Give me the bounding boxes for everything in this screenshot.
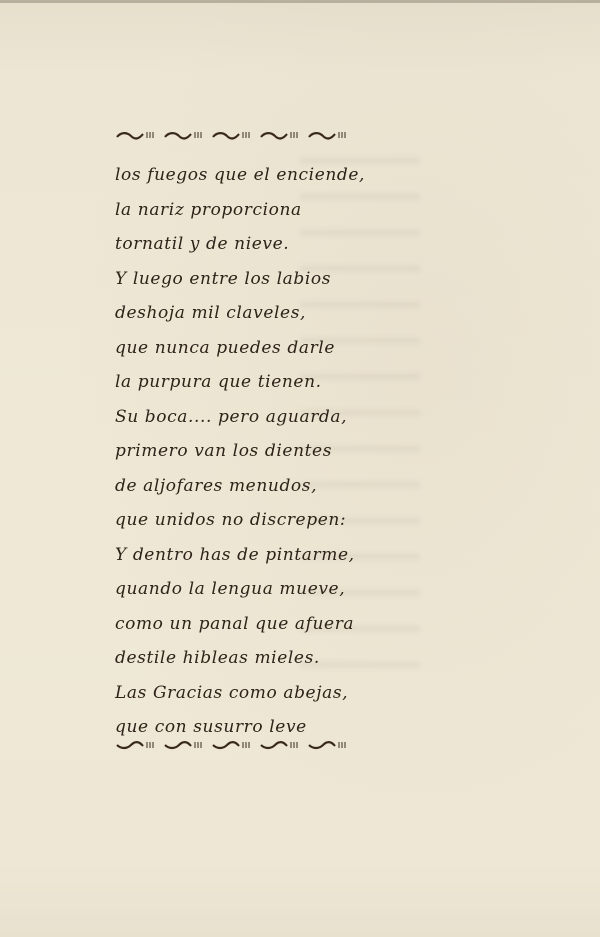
verse-line: de aljofares menudos,	[115, 469, 415, 504]
verse-line: destile hibleas mieles.	[115, 641, 415, 676]
scroll-flourish-icon	[115, 739, 159, 751]
page-top-edge	[0, 0, 600, 3]
poem-verses: los fuegos que el enciende, la nariz pro…	[115, 158, 415, 745]
scroll-flourish-icon	[259, 129, 303, 141]
verse-line: primero van los dientes	[115, 434, 415, 469]
manuscript-page: los fuegos que el enciende, la nariz pro…	[0, 0, 600, 937]
scroll-flourish-icon	[307, 129, 351, 141]
verse-line: tornatil y de nieve.	[115, 227, 415, 262]
verse-line: Su boca.... pero aguarda,	[115, 400, 415, 435]
ornament-bottom	[115, 738, 351, 752]
verse-line: como un panal que afuera	[115, 607, 415, 642]
verse-line: la nariz proporciona	[115, 193, 415, 228]
scroll-flourish-icon	[307, 739, 351, 751]
ornament-top	[115, 128, 351, 142]
verse-line: que unidos no discrepen:	[115, 503, 415, 538]
verse-line: Y luego entre los labios	[115, 262, 415, 297]
verse-line: deshoja mil claveles,	[115, 296, 415, 331]
scroll-flourish-icon	[259, 739, 303, 751]
scroll-flourish-icon	[115, 129, 159, 141]
verse-line: Las Gracias como abejas,	[115, 676, 415, 711]
scroll-flourish-icon	[211, 739, 255, 751]
scroll-flourish-icon	[211, 129, 255, 141]
verse-line: los fuegos que el enciende,	[115, 158, 415, 193]
verse-line: quando la lengua mueve,	[115, 572, 415, 607]
scroll-flourish-icon	[163, 129, 207, 141]
verse-line: que nunca puedes darle	[115, 331, 415, 366]
verse-line: la purpura que tienen.	[115, 365, 415, 400]
verse-line: Y dentro has de pintarme,	[115, 538, 415, 573]
scroll-flourish-icon	[163, 739, 207, 751]
